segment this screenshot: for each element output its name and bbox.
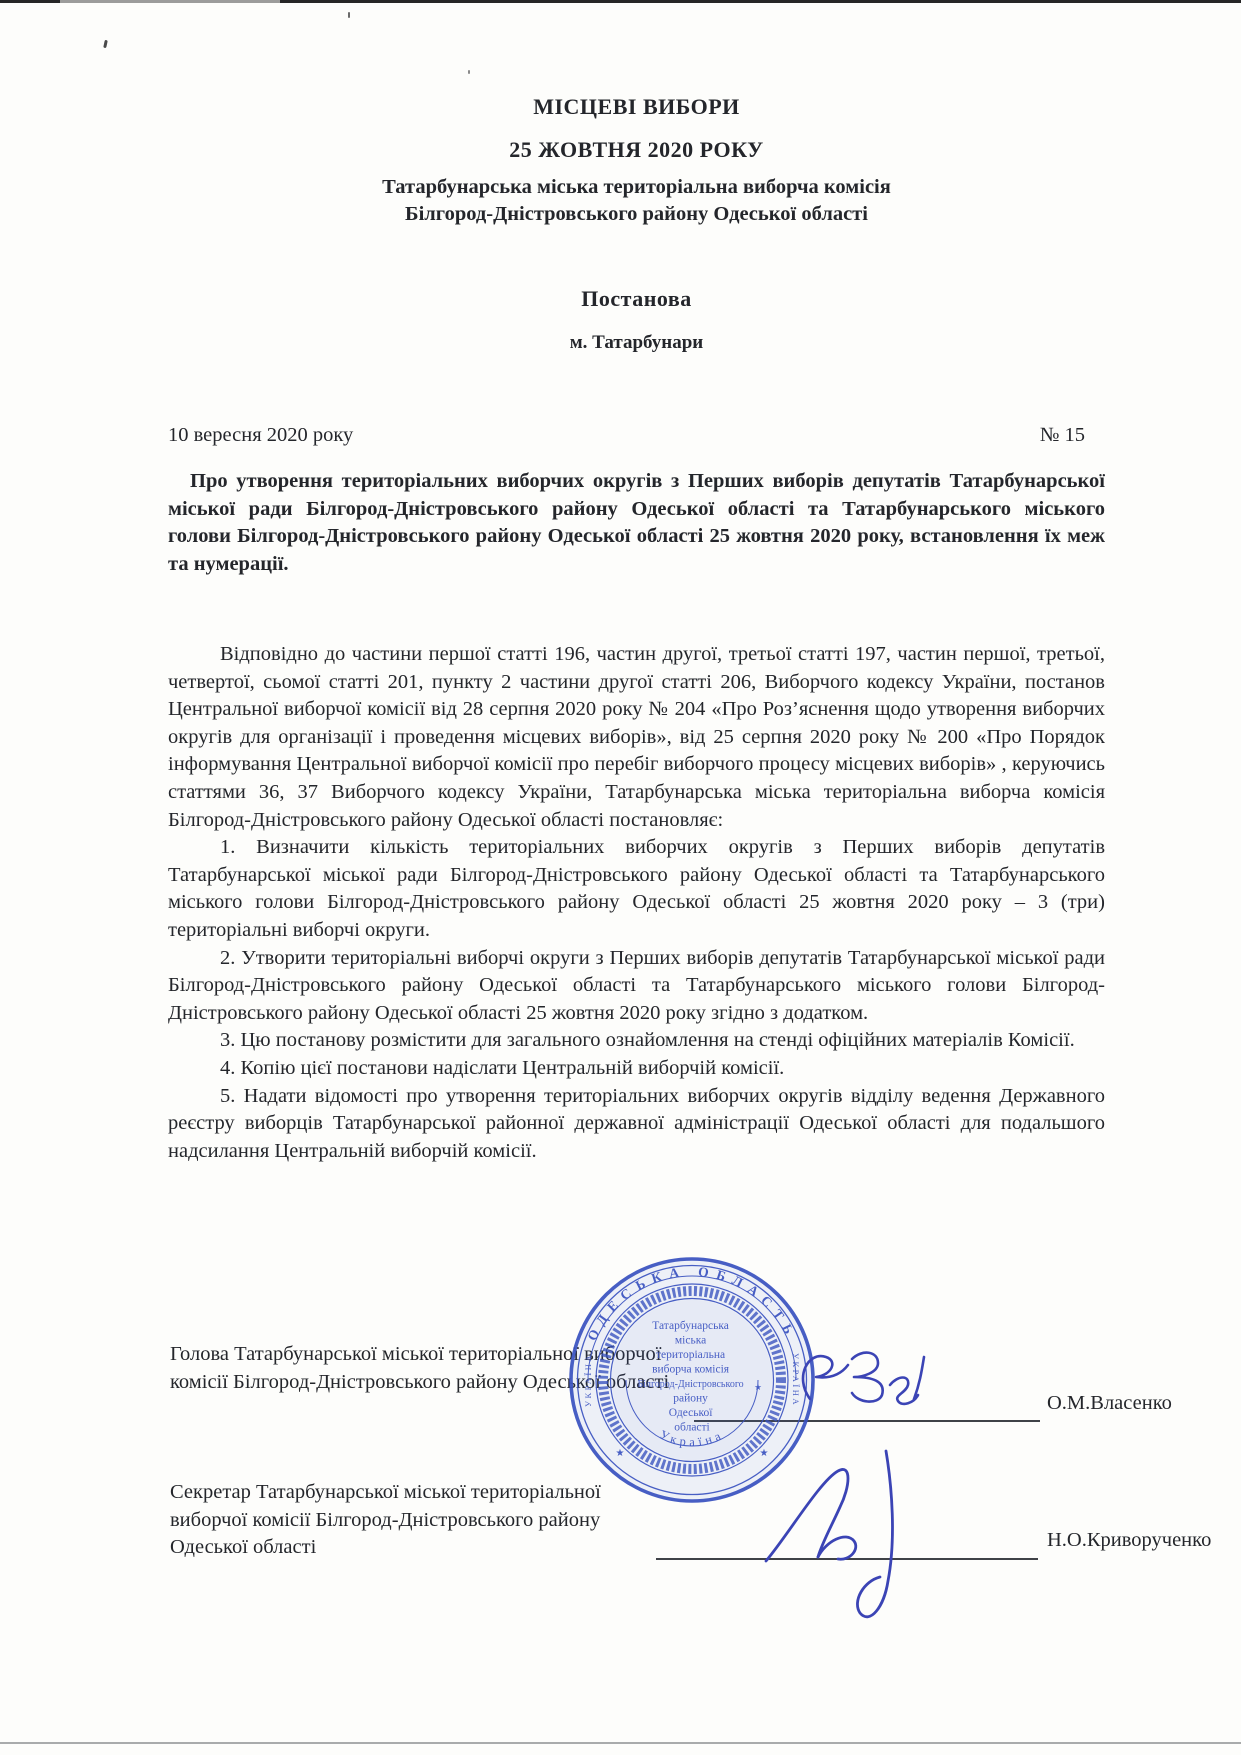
- scan-speck: [348, 12, 350, 18]
- stamp-star-left: ★: [616, 1448, 625, 1459]
- stamp-center-line: територіальна: [656, 1349, 725, 1361]
- scan-speck: [103, 40, 108, 48]
- commission-name-line1: Татарбунарська міська територіальна вибо…: [168, 176, 1105, 199]
- scan-edge-artifact-bottom: [0, 1742, 1241, 1744]
- commission-name-line2: Білгород-Дністровського району Одеської …: [168, 203, 1105, 226]
- doc-date: 10 вересня 2020 року: [168, 424, 353, 447]
- stamp-center-line: виборча комісія: [652, 1364, 730, 1376]
- body-item-4: 4. Копію цієї постанови надіслати Центра…: [168, 1055, 1105, 1083]
- stamp-center-line: району: [673, 1393, 708, 1405]
- handwritten-signature-secretary: [758, 1443, 943, 1643]
- body-item-3: 3. Цю постанову розмістити для загальног…: [168, 1027, 1105, 1055]
- scan-speck: [468, 70, 470, 74]
- doc-place: м. Татарбунари: [168, 332, 1105, 354]
- scan-edge-artifact-top-gap: [60, 0, 280, 3]
- doc-body: Відповідно до частини першої статті 196,…: [168, 641, 1105, 1165]
- stamp-side-word-left: УКРАЇНА: [583, 1353, 593, 1407]
- doc-number: № 15: [1040, 424, 1105, 447]
- stamp-center-line: Одеської: [669, 1407, 713, 1419]
- body-item-1: 1. Визначити кількість територіальних ви…: [168, 834, 1105, 944]
- body-item-5: 5. Надати відомості про утворення терито…: [168, 1083, 1105, 1166]
- body-intro-paragraph: Відповідно до частини першої статті 196,…: [168, 641, 1105, 834]
- stamp-center-line: Білгород-Дністровського: [637, 1379, 743, 1390]
- signature-name-secretary: Н.О.Криворученко: [1047, 1529, 1211, 1552]
- doc-type-heading: Постанова: [168, 286, 1105, 312]
- stamp-center-line: області: [674, 1422, 709, 1434]
- stamp-center-line: Татарбунарська: [652, 1320, 729, 1332]
- doc-title-line2: 25 ЖОВТНЯ 2020 РОКУ: [168, 137, 1105, 163]
- handwritten-signature-head: [788, 1343, 938, 1423]
- stamp-center-line: міська: [675, 1335, 706, 1347]
- signature-name-head: О.М.Власенко: [1047, 1392, 1172, 1415]
- doc-subject-paragraph: Про утворення територіальних виборчих ок…: [168, 468, 1105, 578]
- meta-row: 10 вересня 2020 року № 15: [168, 424, 1105, 447]
- doc-title-line1: МІСЦЕВІ ВИБОРИ: [168, 94, 1105, 120]
- stamp-star-inner: ★: [754, 1382, 762, 1392]
- body-item-2: 2. Утворити територіальні виборчі округи…: [168, 945, 1105, 1028]
- scanned-document-page: МІСЦЕВІ ВИБОРИ 25 ЖОВТНЯ 2020 РОКУ Татар…: [0, 0, 1241, 1755]
